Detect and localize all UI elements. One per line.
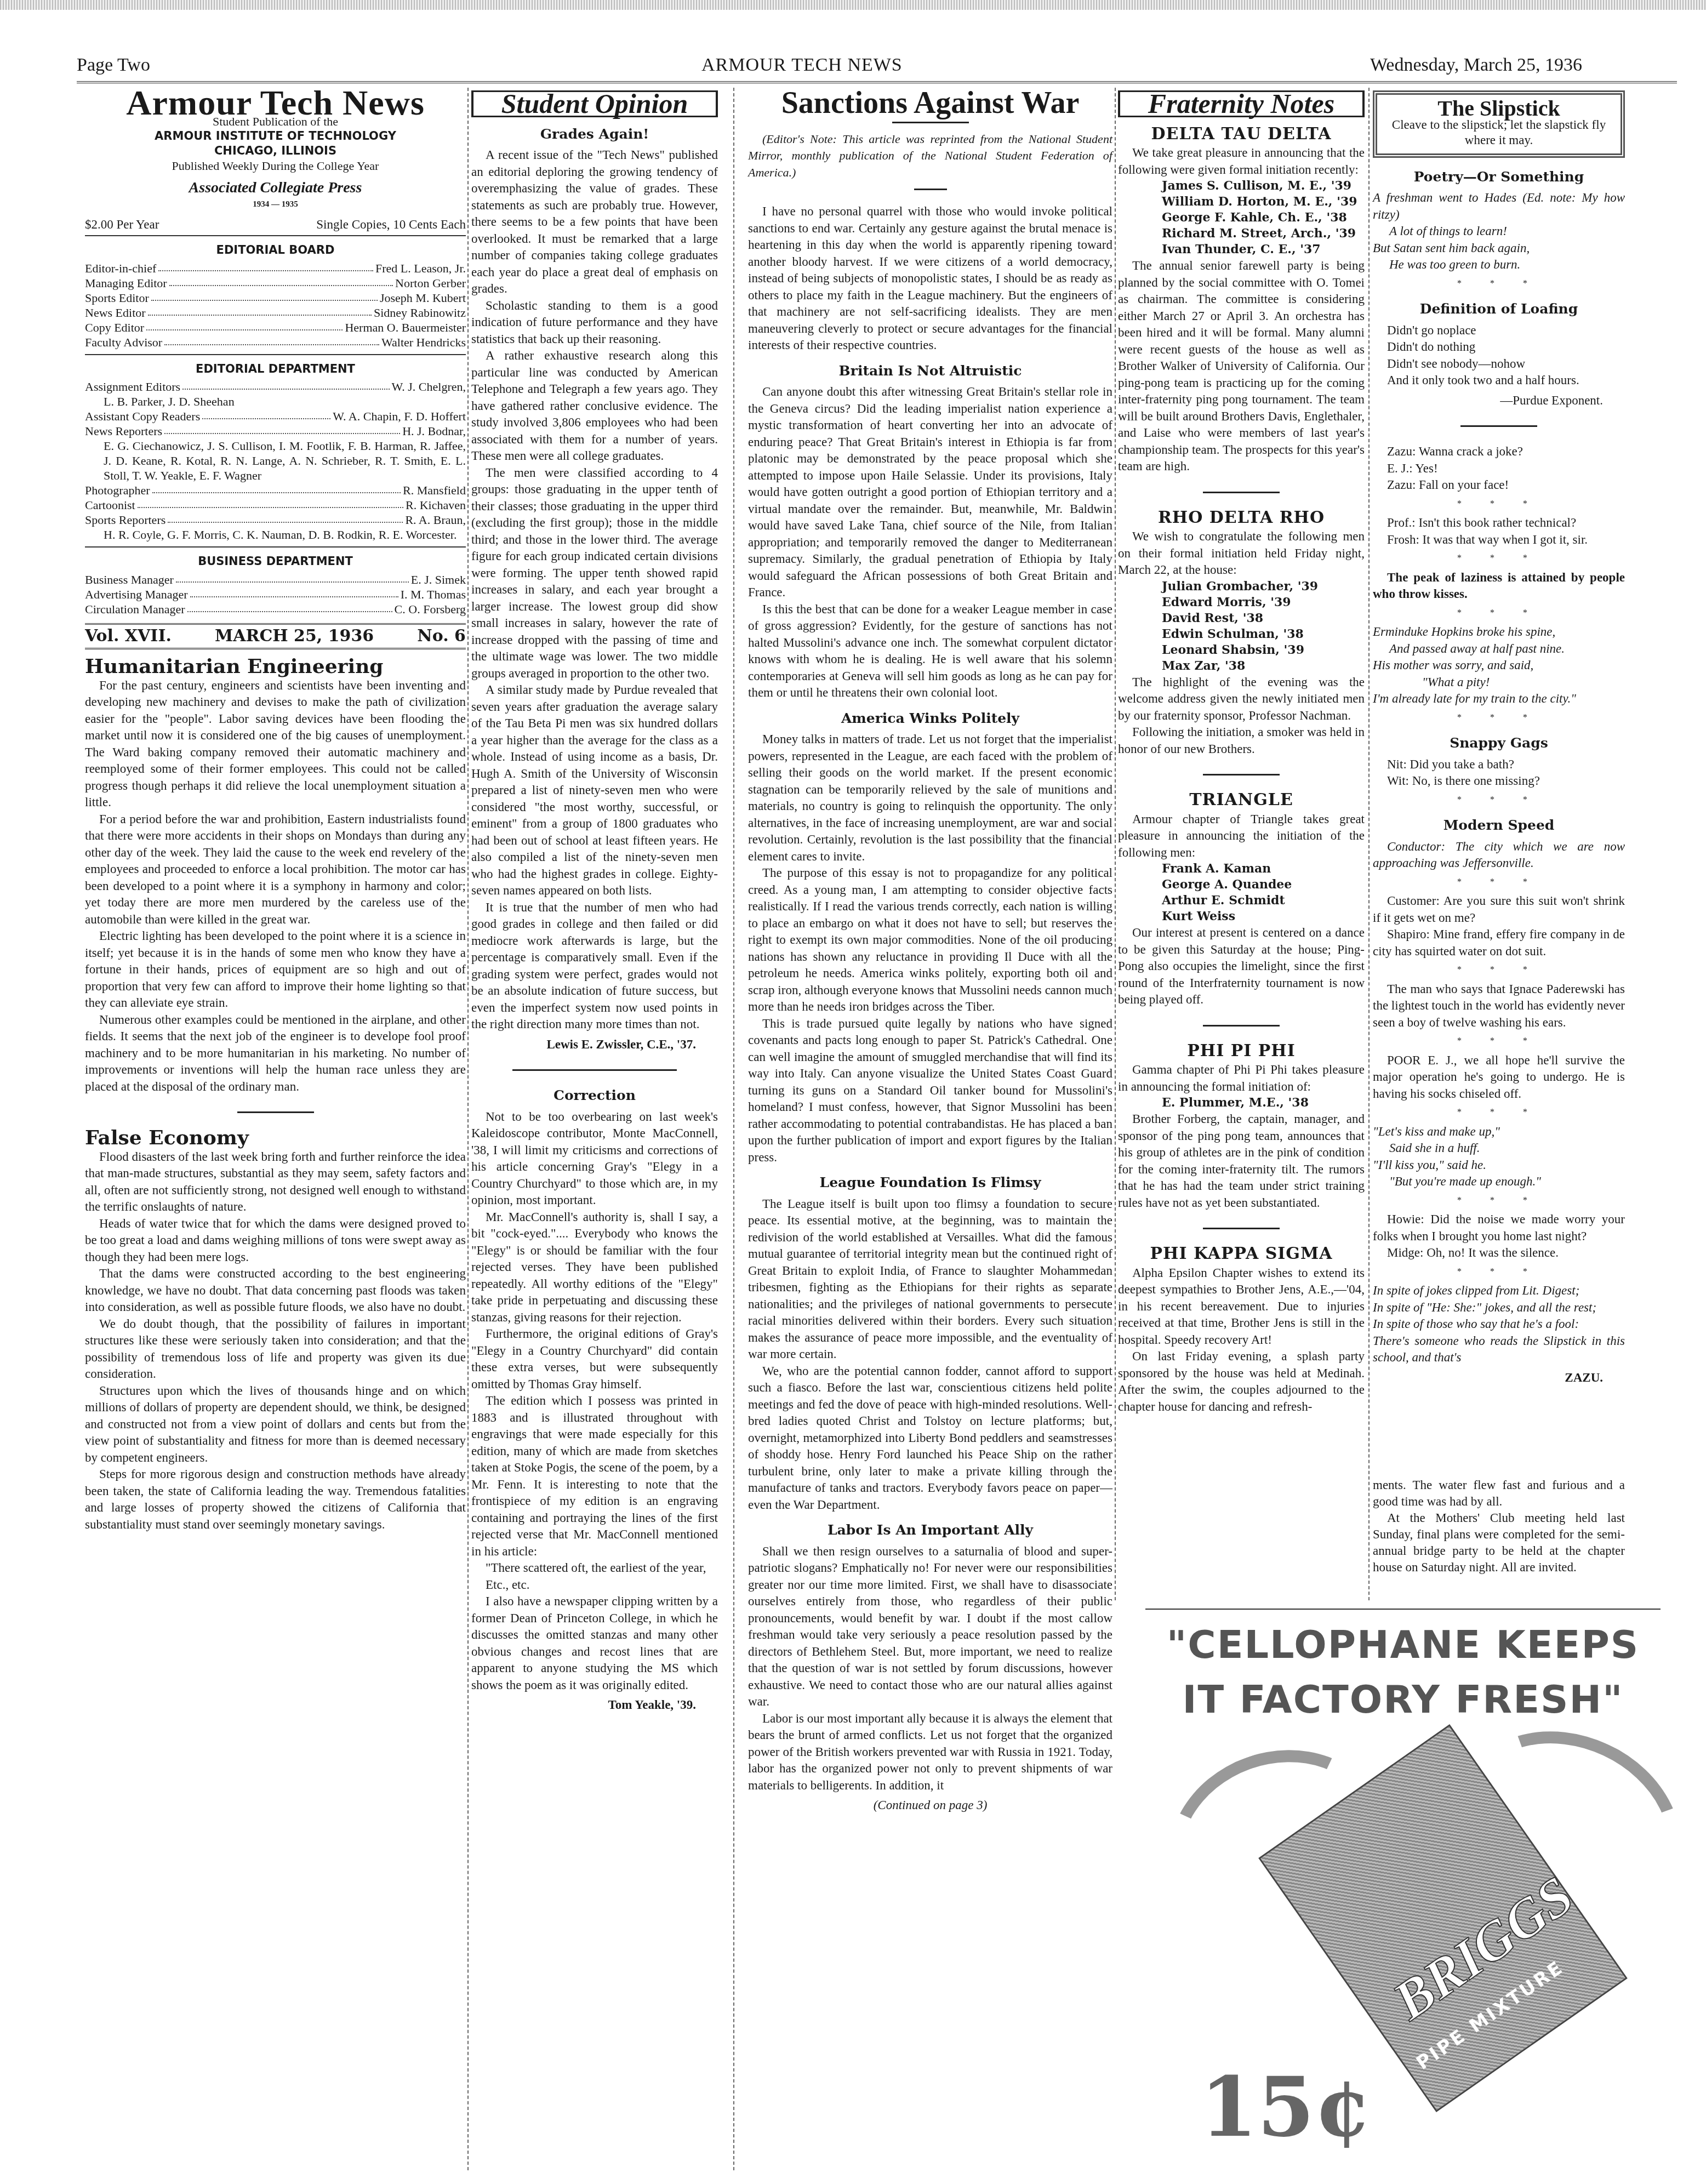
subscription-price: $2.00 Per Year [85, 216, 159, 233]
slipstick-header: The Slipstick Cleave to the slipstick; l… [1373, 90, 1625, 158]
leader-dots [146, 320, 343, 330]
initiate-name: E. Plummer, M.E., '38 [1162, 1095, 1365, 1111]
paragraph: We do doubt though, that the possibility… [85, 1316, 466, 1383]
separator-stars: * * * [1373, 874, 1625, 891]
staff-names-continued: H. R. Coyle, G. F. Morris, C. K. Nauman,… [85, 527, 466, 542]
article-title: Grades Again! [471, 126, 718, 143]
staff-role: Cartoonist [85, 498, 135, 512]
dialogue-line: Nit: Did you take a bath? [1373, 756, 1625, 773]
paragraph: The League itself is built upon too flim… [748, 1196, 1112, 1363]
initiate-name: David Rest, '38 [1162, 611, 1365, 626]
staff-name: C. O. Forsberg [395, 602, 466, 617]
staff-name: R. Kichaven [406, 498, 466, 512]
paragraph: Following the initiation, a smoker was h… [1118, 724, 1365, 757]
institution-city: CHICAGO, ILLINOIS [85, 144, 466, 158]
staff-role: Managing Editor [85, 276, 167, 290]
dialogue-line: Shapiro: Mine frand, effery fire company… [1373, 926, 1625, 960]
paragraph: It is true that the number of men who ha… [471, 899, 718, 1033]
continued-notice: (Continued on page 3) [748, 1797, 1112, 1814]
leader-dots [190, 587, 398, 597]
section-subheading: America Winks Politely [748, 710, 1112, 727]
staff-row: PhotographerR. Mansfield [85, 483, 466, 498]
staff-row: Sports EditorJoseph M. Kubert [85, 290, 466, 305]
staff-role: Sports Editor [85, 290, 149, 305]
acp-logo: Associated Collegiate Press1934 — 1935 [85, 180, 466, 213]
issue-number: No. 6 [417, 628, 466, 645]
issue-date-header: Wednesday, March 25, 1936 [1370, 55, 1582, 76]
paragraph: At the Mothers' Club meeting held last S… [1373, 1510, 1625, 1576]
initiate-name: James S. Cullison, M. E., '39 [1162, 178, 1365, 194]
poem-line: And passed away at half past nine. [1373, 641, 1625, 658]
section-subheading: League Foundation Is Flimsy [748, 1174, 1112, 1191]
editorial-board-list: Editor-in-chiefFred L. Leason, Jr.Managi… [85, 261, 466, 350]
column-divider [1368, 88, 1370, 1600]
staff-row: Business ManagerE. J. Simek [85, 572, 466, 587]
paragraph: The edition which I possess was printed … [471, 1393, 718, 1560]
poem-line: "What a pity! [1373, 674, 1625, 691]
paragraph: That the dams were constructed according… [85, 1265, 466, 1316]
separator-stars: * * * [1373, 1264, 1625, 1281]
fraternity-chapters: DELTA TAU DELTAWe take great pleasure in… [1118, 126, 1365, 1416]
article-headline: Sanctions Against War [748, 95, 1112, 112]
staff-row: Faculty AdvisorWalter Hendricks [85, 335, 466, 350]
staff-name: Walter Hendricks [381, 335, 466, 350]
separator-stars: * * * [1373, 605, 1625, 622]
divider [1203, 1025, 1280, 1027]
paragraph: Can anyone doubt this after witnessing G… [748, 384, 1112, 601]
initiate-name: Leonard Shabsin, '39 [1162, 642, 1365, 658]
editorial-title: Humanitarian Engineering [85, 658, 466, 675]
dialogue-line: Midge: Oh, no! It was the silence. [1373, 1245, 1625, 1262]
staff-role: Copy Editor [85, 320, 144, 335]
dialogue-line: E. J.: Yes! [1373, 460, 1625, 477]
divider [512, 1069, 677, 1071]
poem-line: I'm already late for my train to the cit… [1373, 691, 1625, 708]
student-opinion-column: Student Opinion Grades Again! A recent i… [471, 90, 718, 1714]
paragraph: Heads of water twice that for which the … [85, 1216, 466, 1266]
paragraph: Numerous other examples could be mention… [85, 1012, 466, 1096]
leader-dots [187, 602, 392, 612]
paragraph: Money talks in matters of trade. Let us … [748, 731, 1112, 865]
divider [85, 354, 466, 355]
article-body: Not to be too overbearing on last week's… [471, 1109, 718, 1694]
paragraph: Electric lighting has been developed to … [85, 928, 466, 1012]
leader-dots [151, 290, 378, 301]
paragraph: Not to be too overbearing on last week's… [471, 1109, 718, 1209]
staff-role: News Reporters [85, 424, 162, 438]
leader-dots [182, 379, 389, 390]
staff-row: Advertising ManagerI. M. Thomas [85, 587, 466, 602]
leader-dots [138, 498, 403, 508]
initiate-list: James S. Cullison, M. E., '39William D. … [1118, 178, 1365, 258]
dialogue-line: Zazu: Fall on your face! [1373, 477, 1625, 494]
volume-row: Vol. XVII. MARCH 25, 1936 No. 6 [85, 623, 466, 650]
paragraph: For a period before the war and prohibit… [85, 811, 466, 928]
credit: —Purdue Exponent. [1373, 392, 1625, 409]
staff-role: Business Manager [85, 572, 174, 587]
article-body: A recent issue of the "Tech News" publis… [471, 147, 718, 1033]
slipstick-column: The Slipstick Cleave to the slipstick; l… [1373, 90, 1625, 1386]
poem-line: And it only took two and a half hours. [1373, 372, 1625, 389]
leader-dots [168, 512, 403, 523]
poem-line: But Satan sent him back again, [1373, 240, 1625, 257]
paragraph: Furthermore, the original editions of Gr… [471, 1326, 718, 1393]
initiate-name: George F. Kahle, Ch. E., '38 [1162, 210, 1365, 226]
paragraph: Gamma chapter of Phi Pi Phi takes pleasu… [1118, 1062, 1365, 1095]
dialogue-line: Wit: No, is there one missing? [1373, 773, 1625, 790]
poem-line: "Let's kiss and make up," [1373, 1124, 1625, 1141]
initiate-list: E. Plummer, M.E., '38 [1118, 1095, 1365, 1111]
editorial-department-list: Assignment EditorsW. J. Chelgren,L. B. P… [85, 379, 466, 542]
leader-dots [158, 261, 373, 271]
staff-name: Sidney Rabinowitz [374, 305, 466, 320]
staff-names-continued: E. G. Ciechanowicz, J. S. Cullison, I. M… [85, 438, 466, 483]
chapter-name: RHO DELTA RHO [1118, 510, 1365, 527]
poem-line: He was too green to burn. [1373, 256, 1625, 273]
dialogue-line: Prof.: Isn't this book rather technical? [1373, 515, 1625, 532]
paragraph: Mr. MacConnell's authority is, shall I s… [471, 1209, 718, 1326]
staff-row: News EditorSidney Rabinowitz [85, 305, 466, 320]
section-heading: Fraternity Notes [1118, 90, 1365, 117]
joke: Conductor: The city which we are now app… [1373, 839, 1625, 872]
staff-name: I. M. Thomas [401, 587, 466, 602]
item-title: Poetry—Or Something [1373, 169, 1625, 186]
paragraph: A similar study made by Purdue revealed … [471, 682, 718, 899]
single-copy-price: Single Copies, 10 Cents Each [316, 216, 466, 233]
volume-number: Vol. XVII. [85, 628, 172, 645]
staff-role: Sports Reporters [85, 512, 166, 527]
paragraph: Flood disasters of the last week bring f… [85, 1149, 466, 1216]
staff-row: Editor-in-chiefFred L. Leason, Jr. [85, 261, 466, 276]
issue-date: MARCH 25, 1936 [215, 628, 374, 645]
fraternity-column: Fraternity Notes DELTA TAU DELTAWe take … [1118, 90, 1365, 1415]
poem: A freshman went to Hades (Ed. note: My h… [1373, 190, 1625, 273]
slipstick-body: Poetry—Or SomethingA freshman went to Ha… [1373, 169, 1625, 1387]
dialogue-line: Customer: Are you sure this suit won't s… [1373, 893, 1625, 926]
divider [892, 122, 969, 123]
paragraph: Is this the best that can be done for a … [748, 601, 1112, 702]
leader-dots [176, 572, 409, 583]
column-motto: Cleave to the slipstick; let the slapsti… [1385, 117, 1613, 148]
column-divider [1115, 88, 1116, 1600]
paragraph: I also have a newspaper clipping written… [471, 1593, 718, 1693]
paragraph: On last Friday evening, a splash party s… [1118, 1348, 1365, 1415]
paragraph: Our interest at present is centered on a… [1118, 925, 1365, 1008]
staff-name: Joseph M. Kubert [380, 290, 466, 305]
scan-edge [0, 0, 1706, 10]
paragraph: Etc., etc. [471, 1577, 718, 1594]
staff-name: Fred L. Leason, Jr. [375, 261, 466, 276]
paragraph: Scholastic standing to them is a good in… [471, 298, 718, 348]
poem-line: In spite of "He: She:" jokes, and all th… [1373, 1299, 1625, 1316]
article-intro: I have no personal quarrel with those wh… [748, 203, 1112, 354]
poem-line: "I'll kiss you," said he. [1373, 1157, 1625, 1174]
column-divider [467, 88, 469, 2170]
staff-name: W. A. Chapin, F. D. Hoffert [333, 409, 466, 424]
initiate-list: Frank A. KamanGeorge A. QuandeeArthur E.… [1118, 861, 1365, 925]
dialogue-line: Zazu: Wanna crack a joke? [1373, 443, 1625, 460]
paragraph: Steps for more rigorous design and const… [85, 1466, 466, 1533]
section-subheading: Britain Is Not Altruistic [748, 363, 1112, 380]
section-subheading: Labor Is An Important Ally [748, 1522, 1112, 1539]
item-title: Modern Speed [1373, 817, 1625, 834]
initiate-name: Julian Grombacher, '39 [1162, 579, 1365, 595]
poem-line: A lot of things to learn! [1373, 223, 1625, 240]
ad-headline: "CELLOPHANE KEEPS IT FACTORY FRESH" [1145, 1617, 1661, 1727]
editors-note: (Editor's Note: This article was reprint… [748, 131, 1112, 181]
staff-row: CartoonistR. Kichaven [85, 498, 466, 512]
paragraph: ments. The water flew fast and furious a… [1373, 1477, 1625, 1510]
paragraph: Brother Forberg, the captain, manager, a… [1118, 1111, 1365, 1211]
editorial-body: Flood disasters of the last week bring f… [85, 1149, 466, 1533]
joke: POOR E. J., we all hope he'll survive th… [1373, 1052, 1625, 1103]
poem-line: In spite of jokes clipped from Lit. Dige… [1373, 1282, 1625, 1299]
section-heading: Student Opinion [471, 90, 718, 117]
initiate-name: Arthur E. Schmidt [1162, 893, 1365, 909]
divider [237, 1111, 314, 1113]
initiate-name: Kurt Weiss [1162, 909, 1365, 925]
poem-line: Erminduke Hopkins broke his spine, [1373, 624, 1625, 641]
separator-stars: * * * [1373, 1104, 1625, 1121]
joke: The peak of laziness is attained by peop… [1373, 569, 1625, 603]
initiate-name: Ivan Thunder, C. E., '37 [1162, 242, 1365, 258]
staff-row: Circulation ManagerC. O. Forsberg [85, 602, 466, 617]
paragraph: Alpha Epsilon Chapter wishes to extend i… [1118, 1265, 1365, 1349]
masthead-title: Armour Tech News [85, 95, 466, 112]
price-row: $2.00 Per Year Single Copies, 10 Cents E… [85, 216, 466, 237]
paragraph: This is trade pursued quite legally by n… [748, 1016, 1112, 1166]
paragraph: "There scattered oft, the earliest of th… [471, 1560, 718, 1577]
staff-role: News Editor [85, 305, 146, 320]
staff-row: Assistant Copy ReadersW. A. Chapin, F. D… [85, 409, 466, 424]
poem: Erminduke Hopkins broke his spine,And pa… [1373, 624, 1625, 708]
initiate-name: Frank A. Kaman [1162, 861, 1365, 877]
poem-line: His mother was sorry, and said, [1373, 657, 1625, 674]
staff-name: H. J. Bodnar, [402, 424, 466, 438]
staff-role: Advertising Manager [85, 587, 188, 602]
paragraph: The men were classified according to 4 g… [471, 465, 718, 682]
initiate-name: George A. Quandee [1162, 877, 1365, 893]
initiate-name: Richard M. Street, Arch., '39 [1162, 226, 1365, 242]
staff-name: W. J. Chelgren, [392, 379, 466, 394]
byline: Lewis E. Zwissler, C.E., '37. [471, 1036, 718, 1053]
poem: In spite of jokes clipped from Lit. Dige… [1373, 1282, 1625, 1366]
separator-stars: * * * [1373, 1193, 1625, 1210]
dialogue-line: Frosh: It was that way when I got it, si… [1373, 532, 1625, 549]
editorial-board-heading: EDITORIAL BOARD [85, 242, 466, 259]
institution-name: ARMOUR INSTITUTE OF TECHNOLOGY [85, 129, 466, 144]
poem-line: Didn't see nobody—nohow [1373, 356, 1625, 373]
paragraph: Shall we then resign ourselves to a satu… [748, 1543, 1112, 1710]
staff-name: R. Mansfield [403, 483, 466, 498]
article-title: Correction [471, 1087, 718, 1104]
divider [1203, 1228, 1280, 1229]
article-sections: Britain Is Not AltruisticCan anyone doub… [748, 363, 1112, 1794]
paragraph: Structures upon which the lives of thous… [85, 1383, 466, 1467]
signature: ZAZU. [1373, 1370, 1625, 1387]
separator-stars: * * * [1373, 1033, 1625, 1050]
staff-role: Assistant Copy Readers [85, 409, 200, 424]
staff-role: Faculty Advisor [85, 335, 162, 350]
staff-row: Assignment EditorsW. J. Chelgren, [85, 379, 466, 394]
paragraph: Armour chapter of Triangle takes great p… [1118, 811, 1365, 862]
initiate-name: Edwin Schulman, '38 [1162, 626, 1365, 642]
leader-dots [164, 424, 400, 434]
paragraph: For the past century, engineers and scie… [85, 677, 466, 811]
poem-line: Didn't do nothing [1373, 339, 1625, 356]
poem-line: Said she in a huff. [1373, 1140, 1625, 1157]
business-department-list: Business ManagerE. J. SimekAdvertising M… [85, 572, 466, 617]
sanctions-column: Sanctions Against War (Editor's Note: Th… [748, 90, 1112, 1814]
paragraph: We, who are the potential cannon fodder,… [748, 1363, 1112, 1514]
poem-line: There's someone who reads the Slipstick … [1373, 1333, 1625, 1366]
initiate-list: Julian Grombacher, '39Edward Morris, '39… [1118, 579, 1365, 674]
chapter-name: PHI KAPPA SIGMA [1118, 1246, 1365, 1263]
staff-name: Herman O. Bauermeister [345, 320, 466, 335]
briggs-advertisement: "CELLOPHANE KEEPS IT FACTORY FRESH" BRIG… [1145, 1609, 1661, 2180]
staff-row: Sports ReportersR. A. Braun, [85, 512, 466, 527]
separator-stars: * * * [1373, 792, 1625, 809]
dialogue-line: Howie: Did the noise we made worry your … [1373, 1211, 1625, 1245]
initiate-name: William D. Horton, M. E., '39 [1162, 194, 1365, 210]
staff-role: Editor-in-chief [85, 261, 156, 276]
staff-row: Copy EditorHerman O. Bauermeister [85, 320, 466, 335]
poem-line: "But you're made up enough." [1373, 1173, 1625, 1190]
staff-name: R. A. Braun, [405, 512, 466, 527]
chapter-name: DELTA TAU DELTA [1118, 126, 1365, 143]
separator-stars: * * * [1373, 962, 1625, 979]
chapter-name: TRIANGLE [1118, 792, 1365, 809]
leader-dots [169, 276, 393, 286]
masthead-column: Armour Tech News Student Publication of … [85, 90, 466, 1533]
staff-name: E. J. Simek [411, 572, 466, 587]
fraternity-continuation: ments. The water flew fast and furious a… [1373, 1477, 1625, 1576]
business-department-heading: BUSINESS DEPARTMENT [85, 553, 466, 570]
chapter-name: PHI PI PHI [1118, 1043, 1365, 1060]
item-title: Snappy Gags [1373, 735, 1625, 752]
leader-dots [148, 305, 372, 316]
staff-names-continued: L. B. Parker, J. D. Sheehan [85, 394, 466, 409]
divider [1460, 425, 1537, 427]
running-head: ARMOUR TECH NEWS [701, 55, 903, 76]
leader-dots [202, 409, 330, 419]
publication-frequency: Published Weekly During the College Year [85, 158, 466, 173]
paragraph: The purpose of this essay is not to prop… [748, 865, 1112, 1016]
paragraph: A recent issue of the "Tech News" publis… [471, 147, 718, 298]
paragraph: The annual senior farewell party is bein… [1118, 258, 1365, 475]
poem: "Let's kiss and make up,"Said she in a h… [1373, 1124, 1625, 1190]
divider [1203, 774, 1280, 775]
divider [914, 189, 947, 190]
separator-stars: * * * [1373, 710, 1625, 727]
byline: Tom Yeakle, '39. [471, 1697, 718, 1714]
paragraph: A rather exhaustive research along this … [471, 347, 718, 465]
ad-price: 15¢ [1200, 2059, 1372, 2156]
paragraph: We take great pleasure in announcing tha… [1118, 145, 1365, 178]
staff-row: News ReportersH. J. Bodnar, [85, 424, 466, 438]
paragraph: We wish to congratulate the following me… [1118, 528, 1365, 579]
leader-dots [164, 335, 379, 345]
staff-role: Circulation Manager [85, 602, 185, 617]
column-title: The Slipstick [1385, 100, 1613, 117]
poem-line: Didn't go noplace [1373, 322, 1625, 339]
item-title: Definition of Loafing [1373, 301, 1625, 318]
page-number: Page Two [77, 55, 150, 76]
joke: The man who says that Ignace Paderewski … [1373, 981, 1625, 1031]
initiate-name: Edward Morris, '39 [1162, 595, 1365, 611]
editorial-department-heading: EDITORIAL DEPARTMENT [85, 361, 466, 378]
staff-role: Assignment Editors [85, 379, 180, 394]
leader-dots [152, 483, 401, 493]
divider [85, 546, 466, 548]
paragraph: The highlight of the evening was the wel… [1118, 674, 1365, 725]
separator-stars: * * * [1373, 550, 1625, 567]
poem-line: In spite of those who say that he's a fo… [1373, 1316, 1625, 1333]
editorial-body: For the past century, engineers and scie… [85, 677, 466, 1096]
separator-stars: * * * [1373, 496, 1625, 513]
staff-name: Norton Gerber [395, 276, 466, 290]
staff-row: Managing EditorNorton Gerber [85, 276, 466, 290]
paragraph: Labor is our most important ally because… [748, 1710, 1112, 1794]
separator-stars: * * * [1373, 276, 1625, 293]
column-divider [733, 88, 734, 2170]
staff-role: Photographer [85, 483, 150, 498]
poem-line: A freshman went to Hades (Ed. note: My h… [1373, 190, 1625, 223]
editorial-title: False Economy [85, 1130, 466, 1147]
divider [1203, 492, 1280, 493]
initiate-name: Max Zar, '38 [1162, 658, 1365, 674]
